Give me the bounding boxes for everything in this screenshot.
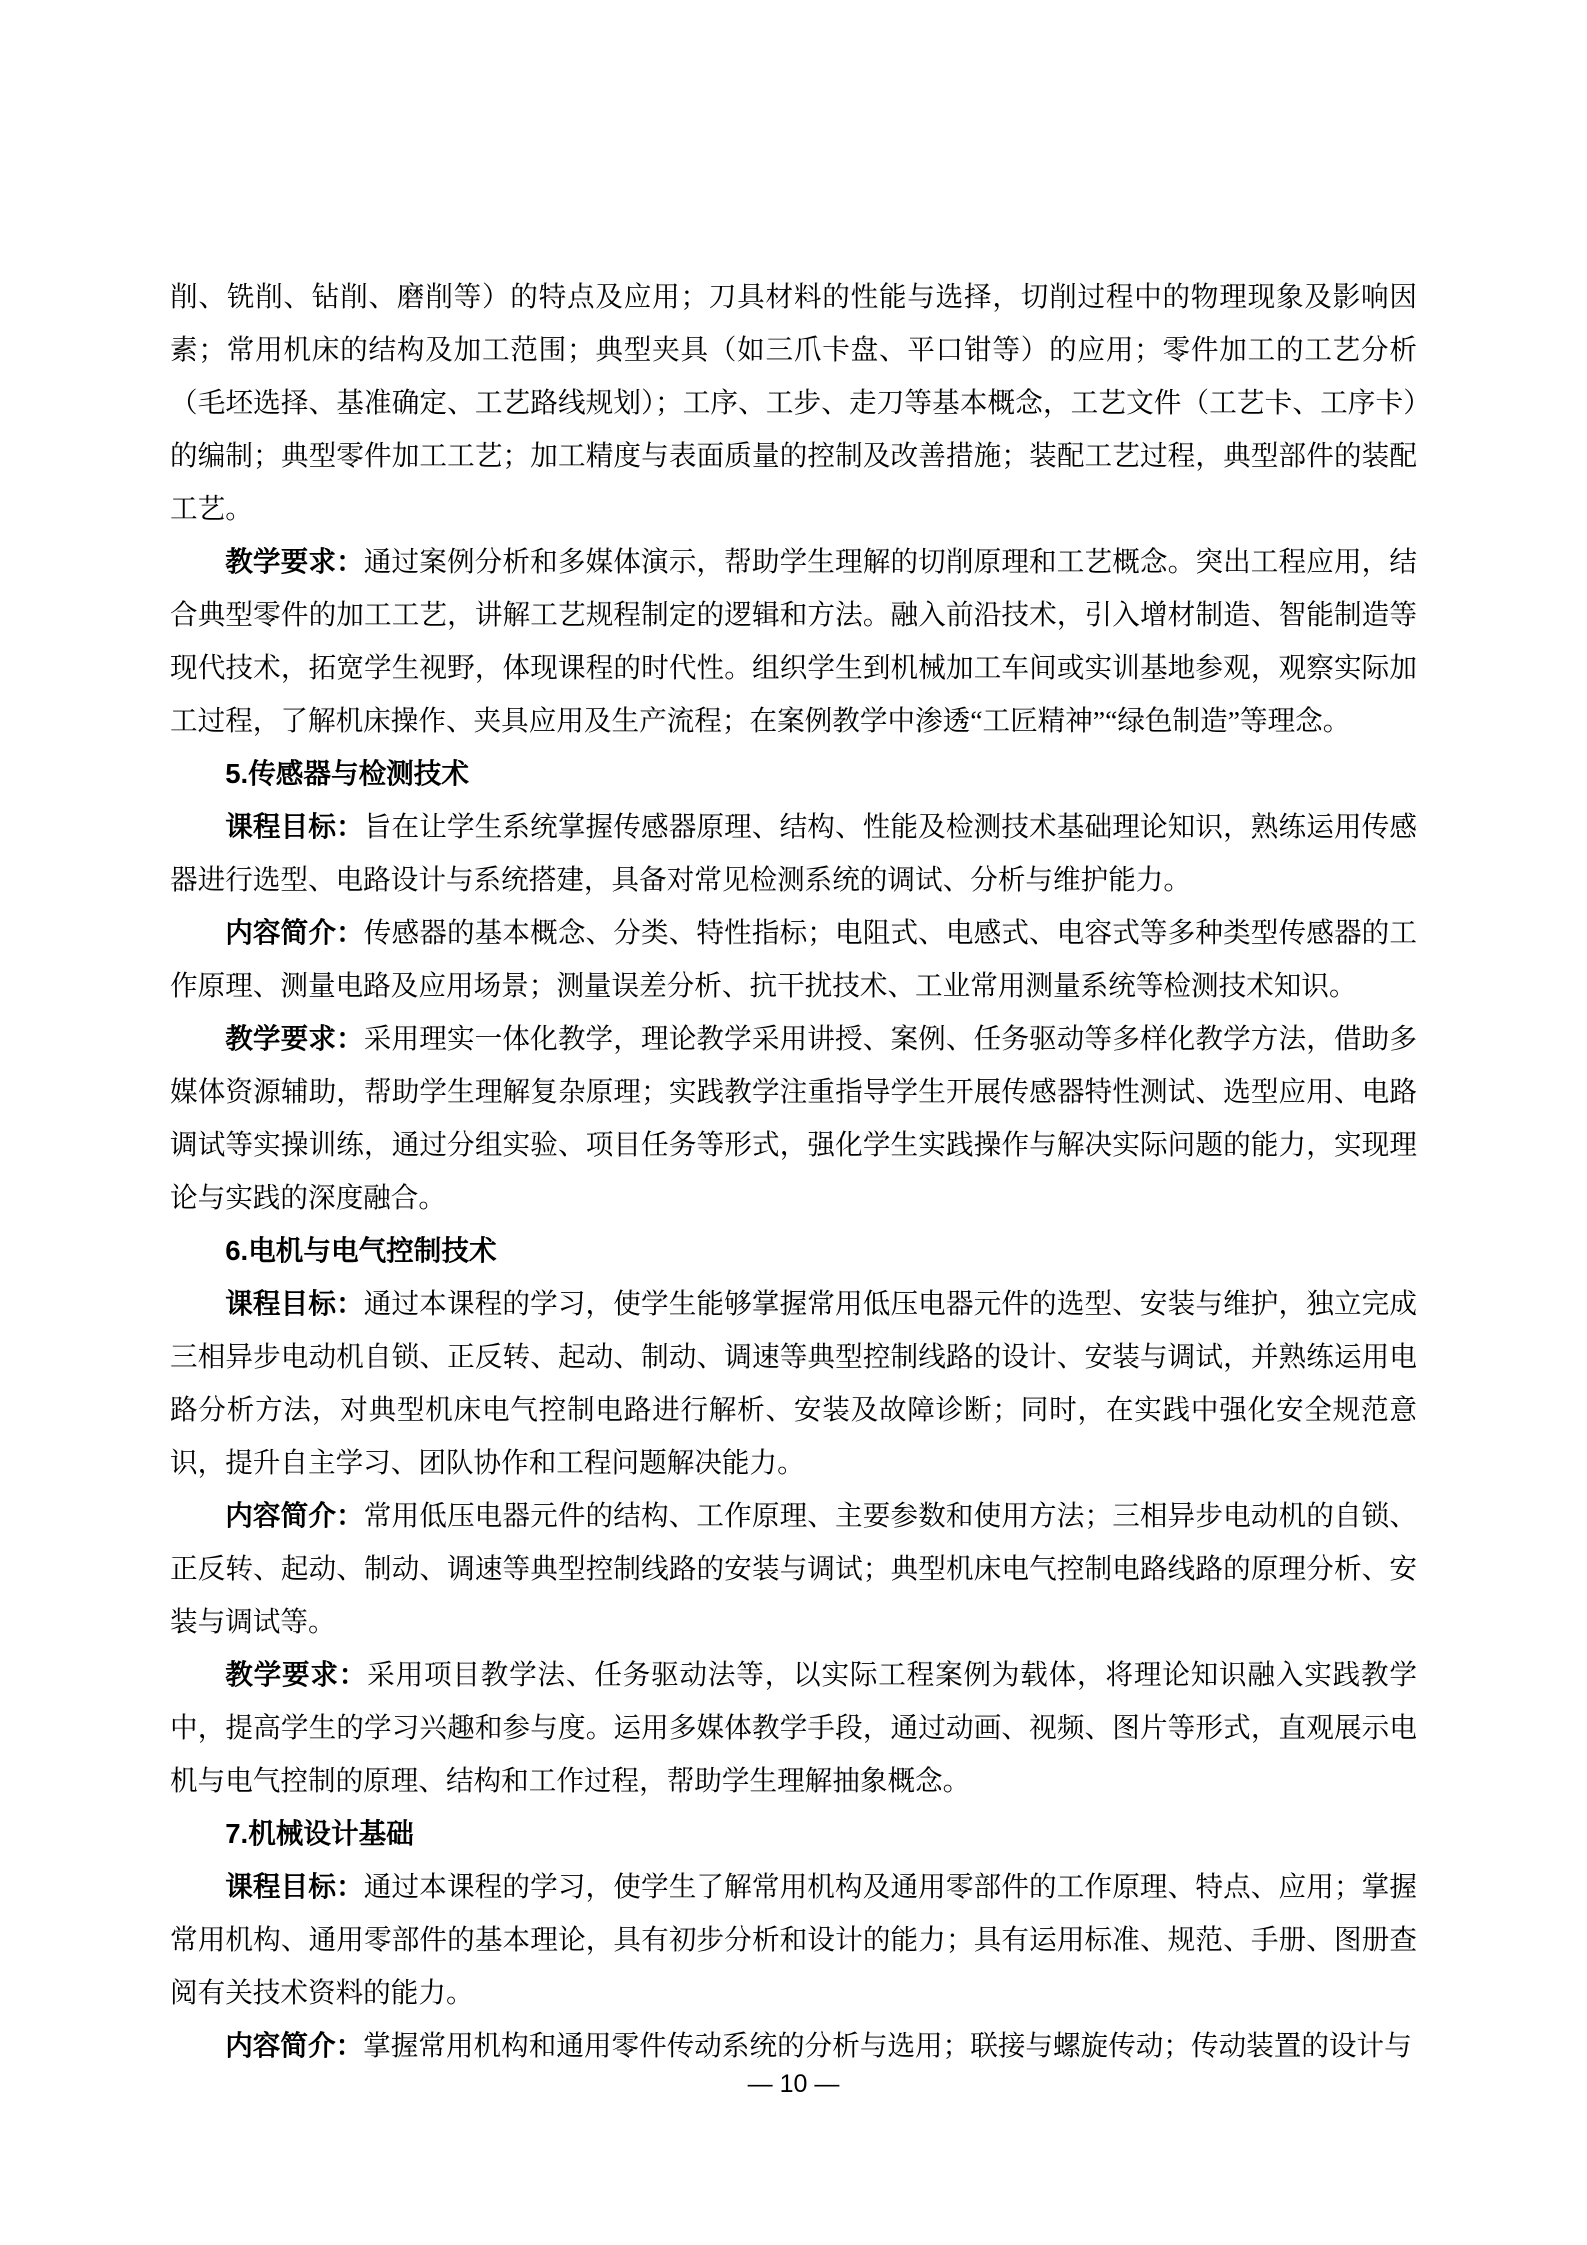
- paragraph-course-objectives: 课程目标：旨在让学生系统掌握传感器原理、结构、性能及检测技术基础理论知识，熟练运…: [170, 800, 1417, 906]
- page-footer: — 10 —: [0, 2068, 1587, 2100]
- section-number: 5.: [225, 758, 248, 789]
- page-body: 削、铣削、钻削、磨削等）的特点及应用；刀具材料的性能与选择，切削过程中的物理现象…: [170, 270, 1417, 2072]
- paragraph-label: 课程目标：: [225, 811, 364, 842]
- page-number: — 10 —: [748, 2070, 840, 2098]
- section-title: 传感器与检测技术: [248, 758, 469, 789]
- section-title: 机械设计基础: [248, 1818, 414, 1849]
- paragraph-label: 教学要求：: [225, 1659, 367, 1690]
- paragraph-label: 课程目标：: [225, 1871, 364, 1902]
- paragraph-label: 教学要求：: [225, 1023, 364, 1054]
- section-number: 7.: [225, 1818, 248, 1849]
- paragraph-label: 内容简介：: [225, 1500, 364, 1531]
- paragraph-label: 内容简介：: [225, 2030, 363, 2061]
- paragraph-teaching-requirements: 教学要求：采用理实一体化教学，理论教学采用讲授、案例、任务驱动等多样化教学方法，…: [170, 1012, 1417, 1224]
- paragraph-continuation: 削、铣削、钻削、磨削等）的特点及应用；刀具材料的性能与选择，切削过程中的物理现象…: [170, 270, 1417, 535]
- paragraph-text: 削、铣削、钻削、磨削等）的特点及应用；刀具材料的性能与选择，切削过程中的物理现象…: [170, 281, 1417, 524]
- paragraph-teaching-requirements: 教学要求：通过案例分析和多媒体演示，帮助学生理解的切削原理和工艺概念。突出工程应…: [170, 535, 1417, 747]
- paragraph-content-intro: 内容简介：传感器的基本概念、分类、特性指标；电阻式、电感式、电容式等多种类型传感…: [170, 906, 1417, 1012]
- paragraph-content-intro: 内容简介：常用低压电器元件的结构、工作原理、主要参数和使用方法；三相异步电动机的…: [170, 1489, 1417, 1648]
- paragraph-label: 课程目标：: [225, 1288, 364, 1319]
- paragraph-content-intro: 内容简介：掌握常用机构和通用零件传动系统的分析与选用；联接与螺旋传动；传动装置的…: [170, 2019, 1417, 2072]
- paragraph-course-objectives: 课程目标：通过本课程的学习，使学生了解常用机构及通用零部件的工作原理、特点、应用…: [170, 1860, 1417, 2019]
- paragraph-label: 内容简介：: [225, 917, 364, 948]
- document-page: 削、铣削、钻削、磨削等）的特点及应用；刀具材料的性能与选择，切削过程中的物理现象…: [0, 0, 1587, 2245]
- paragraph-label: 教学要求：: [225, 546, 364, 577]
- section-heading-7: 7.机械设计基础: [170, 1807, 1417, 1860]
- section-title: 电机与电气控制技术: [248, 1235, 496, 1266]
- section-number: 6.: [225, 1235, 248, 1266]
- paragraph-text: 掌握常用机构和通用零件传动系统的分析与选用；联接与螺旋传动；传动装置的设计与: [363, 2030, 1412, 2061]
- section-heading-5: 5.传感器与检测技术: [170, 747, 1417, 800]
- section-heading-6: 6.电机与电气控制技术: [170, 1224, 1417, 1277]
- paragraph-teaching-requirements: 教学要求：采用项目教学法、任务驱动法等，以实际工程案例为载体，将理论知识融入实践…: [170, 1648, 1417, 1807]
- paragraph-course-objectives: 课程目标：通过本课程的学习，使学生能够掌握常用低压电器元件的选型、安装与维护，独…: [170, 1277, 1417, 1489]
